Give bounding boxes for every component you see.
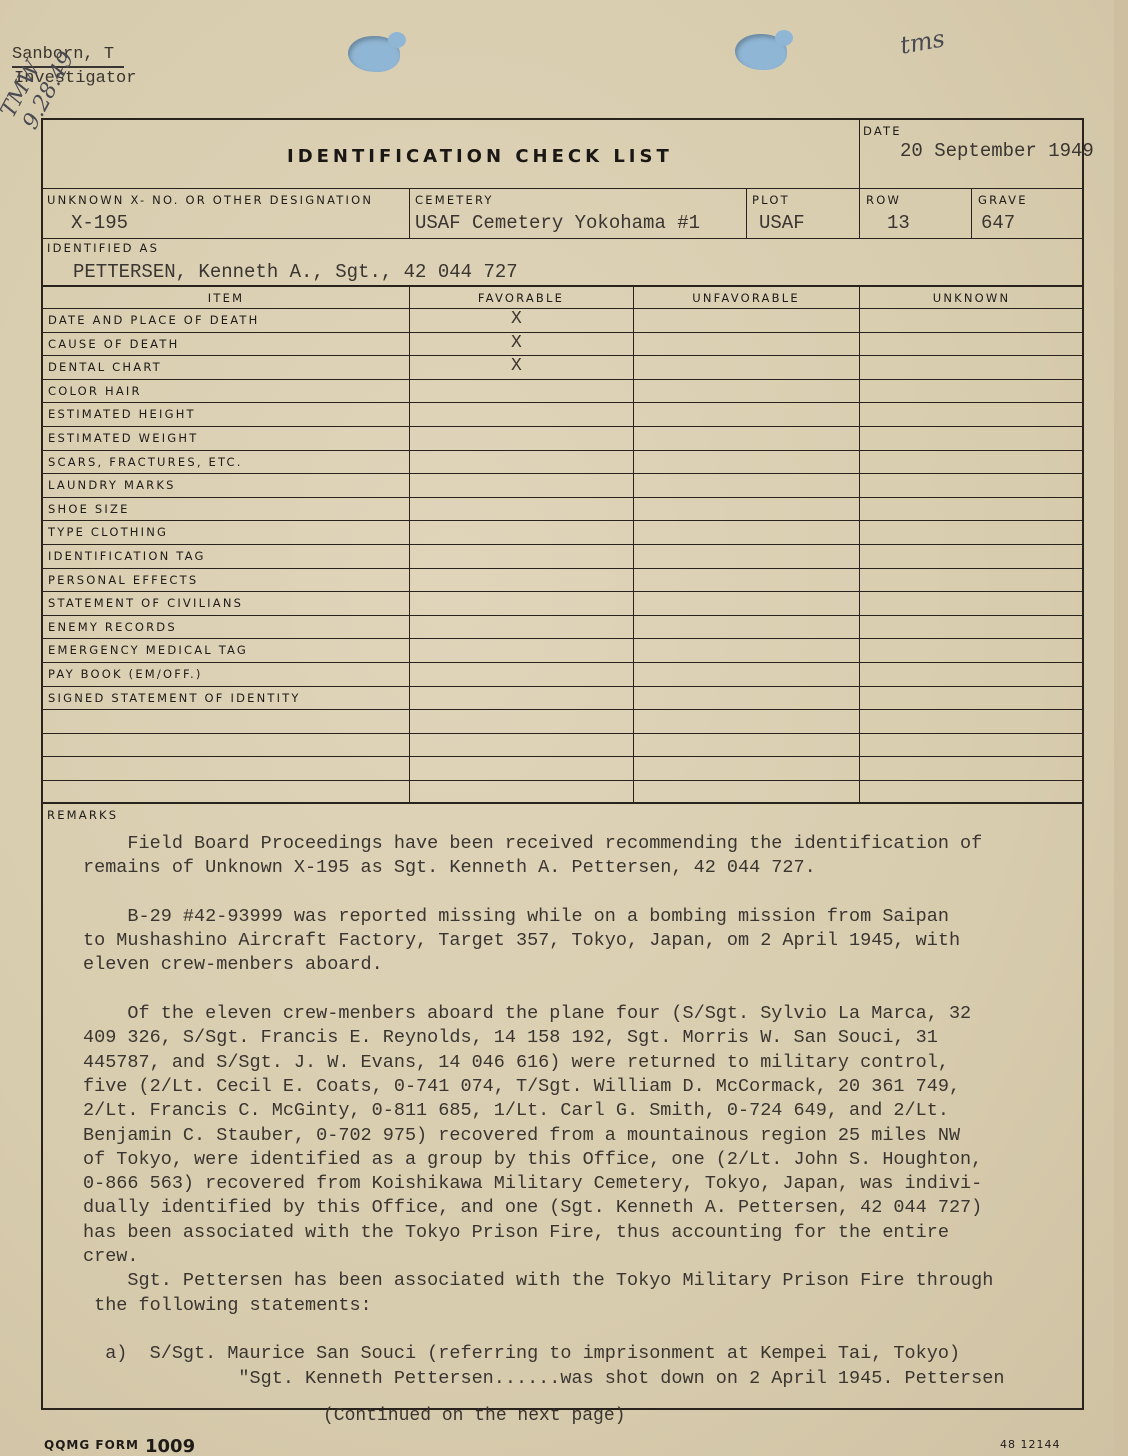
column-header-favorable: FAVORABLE — [409, 291, 633, 305]
cemetery-value: USAF Cemetery Yokohama #1 — [415, 212, 700, 234]
row-item-label: TYPE CLOTHING — [48, 525, 168, 539]
row-item-label: ESTIMATED WEIGHT — [48, 431, 199, 445]
date-label: DATE — [863, 124, 902, 138]
row-item-label: PAY BOOK (EM/OFF.) — [48, 667, 203, 681]
row-item-label: LAUNDRY MARKS — [48, 478, 176, 492]
row-item-label: DENTAL CHART — [48, 360, 162, 374]
table-row: ENEMY RECORDS — [43, 615, 1082, 639]
form-title: IDENTIFICATION CHECK LIST — [287, 146, 673, 167]
table-row: DENTAL CHARTX — [43, 355, 1082, 379]
favorable-mark: X — [511, 309, 522, 329]
punch-hole-right — [735, 34, 787, 70]
grave-value: 647 — [981, 212, 1015, 234]
row-item-label: SCARS, FRACTURES, ETC. — [48, 455, 243, 469]
table-row: CAUSE OF DEATHX — [43, 332, 1082, 356]
identified-as-value: PETTERSEN, Kenneth A., Sgt., 42 044 727 — [73, 261, 518, 283]
row-item-label: ENEMY RECORDS — [48, 620, 177, 634]
row-item-label: EMERGENCY MEDICAL TAG — [48, 643, 248, 657]
table-row: ESTIMATED HEIGHT — [43, 402, 1082, 426]
table-row: ESTIMATED WEIGHT — [43, 426, 1082, 450]
remarks-text: Field Board Proceedings have been receiv… — [83, 832, 1063, 1391]
table-row: IDENTIFICATION TAG — [43, 544, 1082, 568]
row-item-label: PERSONAL EFFECTS — [48, 573, 198, 587]
date-value: 20 September 1949 — [900, 140, 1094, 162]
identified-as-label: IDENTIFIED AS — [47, 241, 159, 255]
table-row: STATEMENT OF CIVILIANS — [43, 591, 1082, 615]
row-item-label: IDENTIFICATION TAG — [48, 549, 206, 563]
identification-check-list-form: IDENTIFICATION CHECK LIST DATE 20 Septem… — [41, 118, 1084, 1410]
table-row: COLOR HAIR — [43, 379, 1082, 403]
table-row: EMERGENCY MEDICAL TAG — [43, 638, 1082, 662]
table-row: PAY BOOK (EM/OFF.) — [43, 662, 1082, 686]
handwritten-initials: tms — [898, 24, 947, 59]
continued-on-next-page: (Continued on the next page) — [323, 1406, 625, 1426]
form-number: 1009 — [145, 1436, 195, 1456]
table-row: TYPE CLOTHING — [43, 520, 1082, 544]
plot-label: PLOT — [752, 193, 790, 207]
row-item-label: DATE AND PLACE OF DEATH — [48, 313, 259, 327]
table-row: LAUNDRY MARKS — [43, 473, 1082, 497]
column-header-unknown: UNKNOWN — [859, 291, 1084, 305]
table-row-blank — [43, 733, 1082, 757]
punch-hole-left — [348, 36, 400, 72]
row-item-label: SIGNED STATEMENT OF IDENTITY — [48, 691, 301, 705]
row-item-label: CAUSE OF DEATH — [48, 337, 179, 351]
favorable-mark: X — [511, 356, 522, 376]
form-prefix: QQMG FORM — [44, 1438, 139, 1452]
table-row-blank — [43, 756, 1082, 780]
row-label: ROW — [866, 193, 901, 207]
row-item-label: ESTIMATED HEIGHT — [48, 407, 196, 421]
unknown-designation-label: UNKNOWN X- NO. OR OTHER DESIGNATION — [47, 193, 373, 207]
unknown-designation-value: X-195 — [71, 212, 128, 234]
remarks-label: REMARKS — [47, 808, 118, 822]
row-item-label: COLOR HAIR — [48, 384, 142, 398]
row-item-label: SHOE SIZE — [48, 502, 130, 516]
table-row: DATE AND PLACE OF DEATHX — [43, 308, 1082, 332]
table-row: SCARS, FRACTURES, ETC. — [43, 450, 1082, 474]
favorable-mark: X — [511, 333, 522, 353]
cemetery-label: CEMETERY — [415, 193, 494, 207]
print-code: 48 12144 — [1000, 1438, 1061, 1451]
table-row: SHOE SIZE — [43, 497, 1082, 521]
grave-label: GRAVE — [978, 193, 1028, 207]
table-row: SIGNED STATEMENT OF IDENTITY — [43, 686, 1082, 710]
table-row-blank — [43, 780, 1082, 804]
table-row: PERSONAL EFFECTS — [43, 568, 1082, 592]
table-row-blank — [43, 709, 1082, 733]
column-header-unfavorable: UNFAVORABLE — [633, 291, 859, 305]
page-edge — [1114, 0, 1128, 1456]
column-header-item: ITEM — [43, 291, 409, 305]
plot-value: USAF — [759, 212, 805, 234]
row-item-label: STATEMENT OF CIVILIANS — [48, 596, 243, 610]
row-value: 13 — [887, 212, 910, 234]
